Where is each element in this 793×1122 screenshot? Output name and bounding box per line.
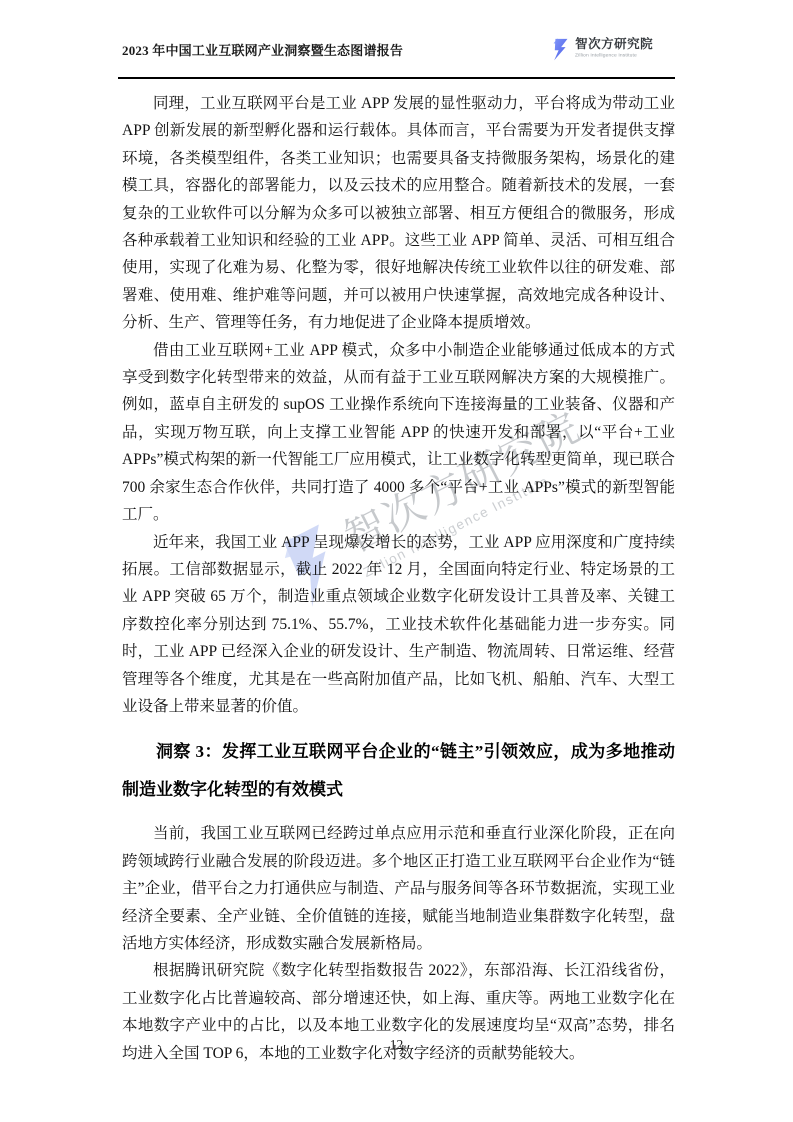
paragraph-chain-leader-model: 当前，我国工业互联网已经跨过单点应用示范和垂直行业深化阶段，正在向跨领域跨行业融… <box>122 820 675 957</box>
header-divider <box>118 77 675 79</box>
document-body: 同理，工业互联网平台是工业 APP 发展的显性驱动力，平台将成为带动工业 APP… <box>122 90 675 1067</box>
brand-text-block: 智次方研究院 Zillion Intelligence Institute <box>575 37 675 61</box>
paragraph-tencent-report: 根据腾讯研究院《数字化转型指数报告 2022》，东部沿海、长江沿线省份，工业数字… <box>122 957 675 1067</box>
zillion-z-icon <box>551 36 570 62</box>
insight-3-heading: 洞察 3：发挥工业互联网平台企业的“链主”引领效应，成为多地推动制造业数字化转型… <box>122 733 675 809</box>
brand-logo: 智次方研究院 Zillion Intelligence Institute <box>551 34 675 62</box>
paragraph-industrial-platform: 同理，工业互联网平台是工业 APP 发展的显性驱动力，平台将成为带动工业 APP… <box>122 90 675 337</box>
report-title: 2023 年中国工业互联网产业洞察暨生态图谱报告 <box>122 34 403 59</box>
page-header: 2023 年中国工业互联网产业洞察暨生态图谱报告 智次方研究院 Zillion <box>122 34 675 62</box>
paragraph-app-growth-stats: 近年来，我国工业 APP 呈现爆发增长的态势，工业 APP 应用深度和广度持续拓… <box>122 529 675 721</box>
report-page: 2023 年中国工业互联网产业洞察暨生态图谱报告 智次方研究院 Zillion <box>0 0 793 1122</box>
brand-subtitle: Zillion Intelligence Institute <box>575 52 637 58</box>
brand-name: 智次方研究院 <box>575 37 675 51</box>
paragraph-industrial-internet-app-model: 借由工业互联网+工业 APP 模式，众多中小制造企业能够通过低成本的方式享受到数… <box>122 337 675 529</box>
